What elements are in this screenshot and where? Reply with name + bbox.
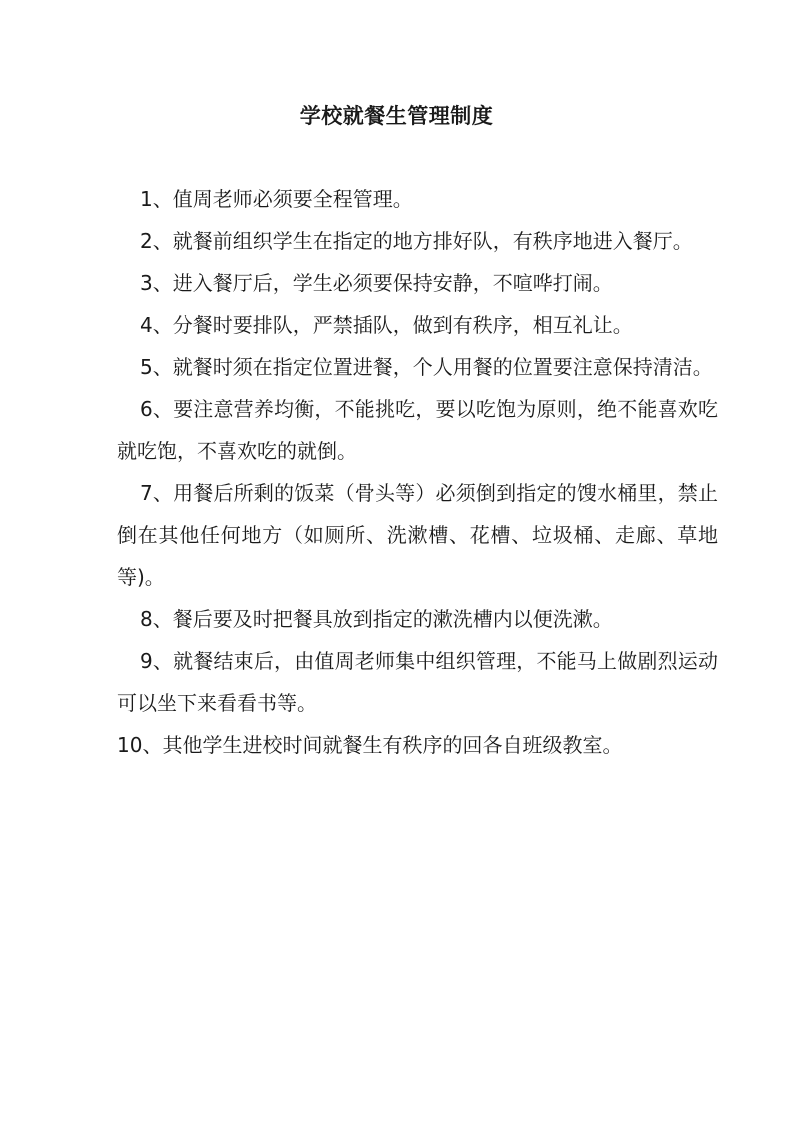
document-title: 学校就餐生管理制度 (0, 0, 793, 129)
rule-item-2: 2、就餐前组织学生在指定的地方排好队，有秩序地进入餐厅。 (117, 220, 718, 262)
rule-item-9: 9、就餐结束后，由值周老师集中组织管理，不能马上做剧烈运动可以坐下来看看书等。 (117, 640, 718, 724)
rule-item-6: 6、要注意营养均衡，不能挑吃，要以吃饱为原则，绝不能喜欢吃就吃饱，不喜欢吃的就倒… (117, 388, 718, 472)
rule-item-10: 10、其他学生进校时间就餐生有秩序的回各自班级教室。 (117, 724, 718, 766)
document-page: 学校就餐生管理制度 1、值周老师必须要全程管理。 2、就餐前组织学生在指定的地方… (0, 0, 793, 1122)
rule-item-7: 7、用餐后所剩的饭菜（骨头等）必须倒到指定的馊水桶里，禁止倒在其他任何地方（如厕… (117, 472, 718, 598)
rules-list: 1、值周老师必须要全程管理。 2、就餐前组织学生在指定的地方排好队，有秩序地进入… (117, 178, 718, 766)
rule-item-3: 3、进入餐厅后，学生必须要保持安静，不喧哗打闹。 (117, 262, 718, 304)
rule-item-1: 1、值周老师必须要全程管理。 (117, 178, 718, 220)
rule-item-8: 8、餐后要及时把餐具放到指定的漱洗槽内以便洗漱。 (117, 598, 718, 640)
rule-item-5: 5、就餐时须在指定位置进餐，个人用餐的位置要注意保持清洁。 (117, 346, 718, 388)
rule-item-4: 4、分餐时要排队，严禁插队，做到有秩序，相互礼让。 (117, 304, 718, 346)
